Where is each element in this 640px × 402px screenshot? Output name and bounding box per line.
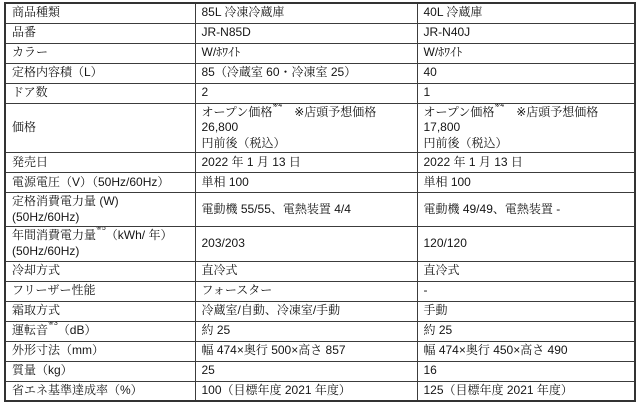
table-row: ドア数 2 1 — [5, 83, 635, 103]
row-label: 定格消費電力量 (W) (50Hz/60Hz) — [5, 193, 195, 227]
spec-value-product2: 直冷式 — [417, 261, 635, 281]
spec-value-product2: 手動 — [417, 301, 635, 321]
row-label: 外形寸法（mm） — [5, 341, 195, 361]
spec-value-product2: 単相 100 — [417, 173, 635, 193]
spec-value-product1: 203/203 — [195, 227, 417, 261]
spec-value-product1: 電動機 55/55、電熱装置 4/4 — [195, 193, 417, 227]
spec-value-product2: 1 — [417, 83, 635, 103]
spec-value-product2: - — [417, 281, 635, 301]
row-label: 商品種類 — [5, 3, 195, 23]
table-row: フリーザー性能 フォースター - — [5, 281, 635, 301]
spec-value-product2: JR-N40J — [417, 23, 635, 43]
spec-value-product1: フォースター — [195, 281, 417, 301]
spec-value-product1: 2022 年 1 月 13 日 — [195, 153, 417, 173]
table-row: 外形寸法（mm） 幅 474×奥行 500×高さ 857 幅 474×奥行 45… — [5, 341, 635, 361]
table-row: 商品種類 85L 冷凍冷蔵庫 40L 冷蔵庫 — [5, 3, 635, 23]
table-row: 定格内容積（L） 85（冷蔵室 60・冷凍室 25） 40 — [5, 63, 635, 83]
footnote-marker: ※4 — [494, 103, 504, 109]
table-row: 霜取方式 冷蔵室/自動、冷凍室/手動 手動 — [5, 301, 635, 321]
table-row: 電源電圧（V）（50Hz/60Hz） 単相 100 単相 100 — [5, 173, 635, 193]
row-label: フリーザー性能 — [5, 281, 195, 301]
row-label: カラー — [5, 43, 195, 63]
spec-value-product2: 40L 冷蔵庫 — [417, 3, 635, 23]
table-row: 品番 JR-N85D JR-N40J — [5, 23, 635, 43]
table-row: 価格 オープン価格※4 ※店頭予想価格 26,800円前後（税込） オープン価格… — [5, 103, 635, 153]
spec-value-product2: オープン価格※4 ※店頭予想価格 17,800円前後（税込） — [417, 103, 635, 153]
spec-value-product1: 約 25 — [195, 321, 417, 341]
table-row: 冷却方式 直冷式 直冷式 — [5, 261, 635, 281]
row-label: 発売日 — [5, 153, 195, 173]
spec-value-product2: W/ﾎﾜｲﾄ — [417, 43, 635, 63]
row-label: 冷却方式 — [5, 261, 195, 281]
spec-value-product1: 100（目標年度 2021 年度） — [195, 381, 417, 401]
spec-value-product1: 幅 474×奥行 500×高さ 857 — [195, 341, 417, 361]
table-row: 年間消費電力量※5（kWh/ 年）(50Hz/60Hz) 203/203 120… — [5, 227, 635, 261]
spec-value-product2: 約 25 — [417, 321, 635, 341]
footnote-marker: ※3 — [48, 321, 58, 327]
row-label: 電源電圧（V）（50Hz/60Hz） — [5, 173, 195, 193]
spec-value-product1: 単相 100 — [195, 173, 417, 193]
spec-value-text: オープン価格 — [202, 105, 273, 119]
spec-value-product2: 電動機 49/49、電熱装置 - — [417, 193, 635, 227]
row-label: 運転音※3（dB） — [5, 321, 195, 341]
table-row: 運転音※3（dB） 約 25 約 25 — [5, 321, 635, 341]
spec-value-product1: 冷蔵室/自動、冷凍室/手動 — [195, 301, 417, 321]
spec-value-text: 円前後（税込） — [424, 136, 508, 150]
spec-value-product1: 2 — [195, 83, 417, 103]
table-row: 定格消費電力量 (W) (50Hz/60Hz) 電動機 55/55、電熱装置 4… — [5, 193, 635, 227]
row-label: 品番 — [5, 23, 195, 43]
footnote-marker: ※5 — [96, 227, 106, 233]
table-row: 質量（kg） 25 16 — [5, 361, 635, 381]
spec-value-product2: 幅 474×奥行 450×高さ 490 — [417, 341, 635, 361]
table-row: 発売日 2022 年 1 月 13 日 2022 年 1 月 13 日 — [5, 153, 635, 173]
spec-value-product2: 125（目標年度 2021 年度） — [417, 381, 635, 401]
spec-value-text: オープン価格 — [424, 105, 495, 119]
row-label: 省エネ基準達成率（%） — [5, 381, 195, 401]
row-label: 価格 — [5, 103, 195, 153]
spec-value-product2: 2022 年 1 月 13 日 — [417, 153, 635, 173]
row-label-text: 運転音 — [12, 323, 48, 337]
spec-value-product1: 85（冷蔵室 60・冷凍室 25） — [195, 63, 417, 83]
row-label-text: （dB） — [58, 323, 97, 337]
spec-table: 商品種類 85L 冷凍冷蔵庫 40L 冷蔵庫 品番 JR-N85D JR-N40… — [4, 2, 636, 402]
table-row: カラー W/ﾎﾜｲﾄ W/ﾎﾜｲﾄ — [5, 43, 635, 63]
spec-value-product2: 16 — [417, 361, 635, 381]
spec-value-product1: 25 — [195, 361, 417, 381]
spec-value-text: 円前後（税込） — [202, 136, 286, 150]
spec-value-product2: 120/120 — [417, 227, 635, 261]
footnote-marker: ※4 — [272, 103, 282, 109]
row-label: 質量（kg） — [5, 361, 195, 381]
row-label: ドア数 — [5, 83, 195, 103]
spec-value-product1: 85L 冷凍冷蔵庫 — [195, 3, 417, 23]
row-label: 霜取方式 — [5, 301, 195, 321]
row-label: 年間消費電力量※5（kWh/ 年）(50Hz/60Hz) — [5, 227, 195, 261]
spec-value-product1: オープン価格※4 ※店頭予想価格 26,800円前後（税込） — [195, 103, 417, 153]
spec-value-product1: 直冷式 — [195, 261, 417, 281]
spec-value-product1: JR-N85D — [195, 23, 417, 43]
spec-value-product1: W/ﾎﾜｲﾄ — [195, 43, 417, 63]
row-label-text: 年間消費電力量 — [12, 228, 96, 242]
spec-value-product2: 40 — [417, 63, 635, 83]
row-label: 定格内容積（L） — [5, 63, 195, 83]
table-row: 省エネ基準達成率（%） 100（目標年度 2021 年度） 125（目標年度 2… — [5, 381, 635, 401]
